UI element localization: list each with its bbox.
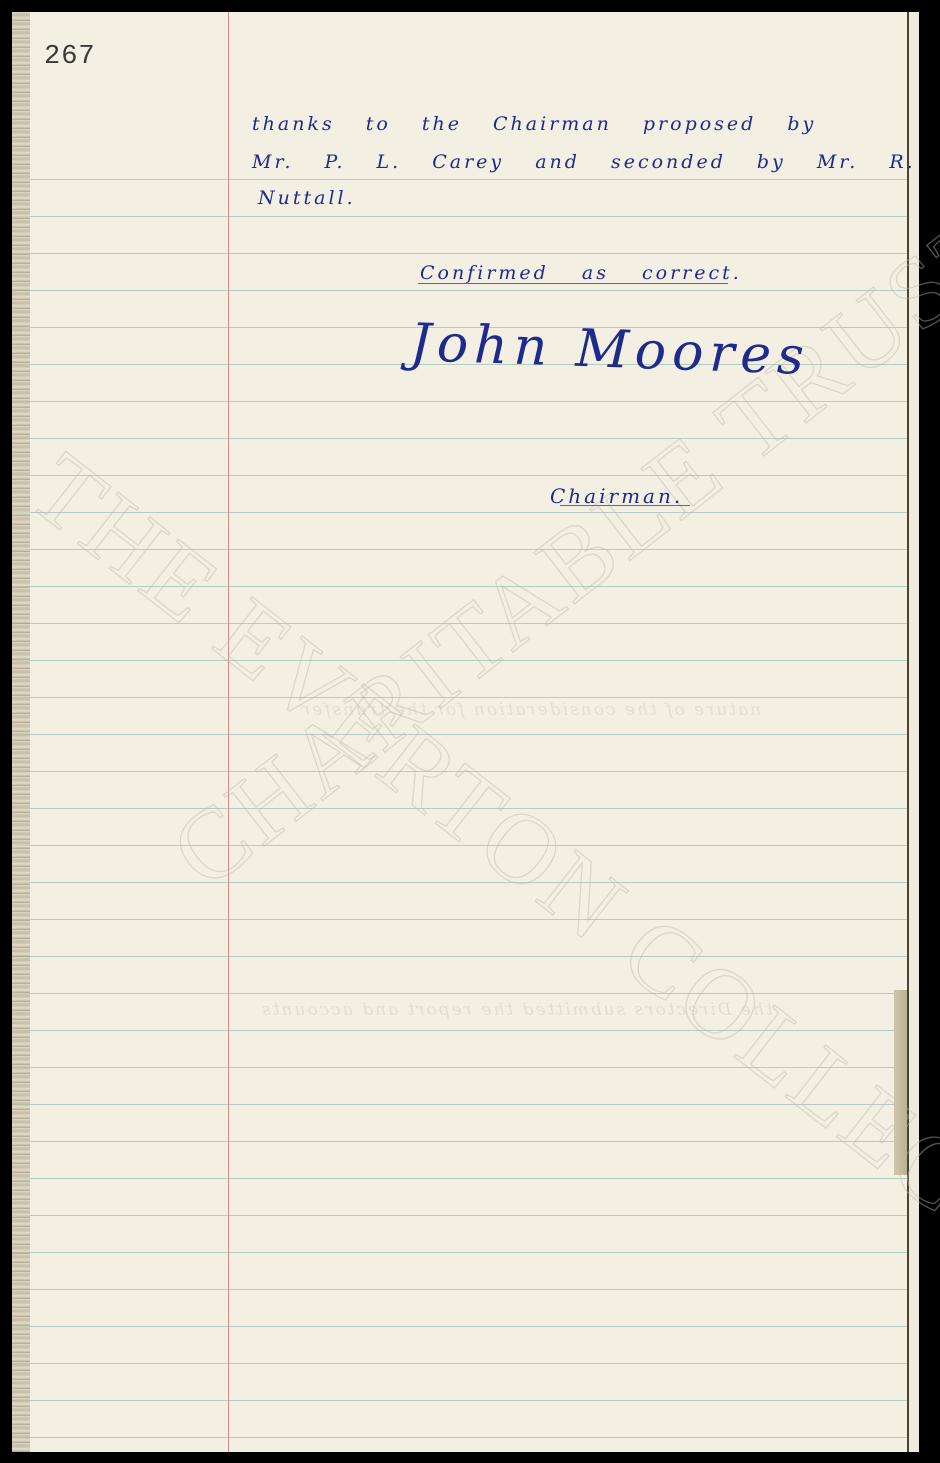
signatory-underline (560, 505, 690, 506)
binding-edge (12, 12, 30, 1452)
page-number: 267 (44, 42, 96, 72)
minute-text-line-2: Mr. P. L. Carey and seconded by Mr. R. G… (252, 151, 940, 173)
confirmation-underline (418, 283, 728, 284)
red-margin-rule (228, 12, 229, 1452)
minute-text-line-3: Nuttall. (258, 187, 356, 209)
confirmation-text: Confirmed as correct. (420, 262, 742, 284)
minute-text-line-1: thanks to the Chairman proposed by (252, 113, 816, 135)
